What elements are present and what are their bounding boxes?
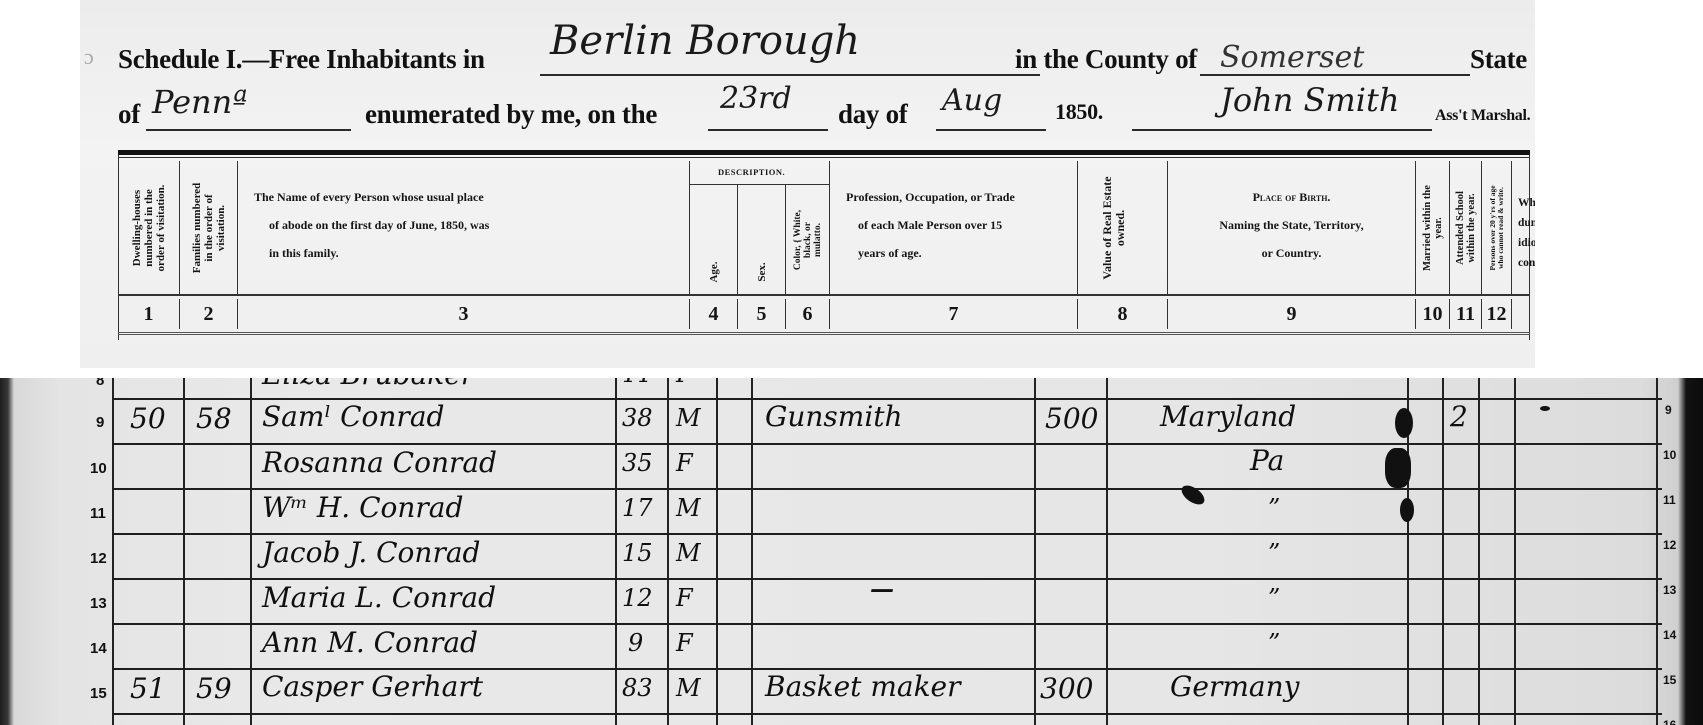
real-estate-value: 300	[1040, 672, 1093, 705]
person-name: Eliza Brubaker	[262, 378, 474, 391]
right-line-number: 9	[1665, 403, 1672, 417]
header-divider	[118, 294, 1530, 296]
right-line-number: 14	[1663, 628, 1676, 642]
census-header-scan: ɔ Schedule I.—Free Inhabitants in Berlin…	[80, 0, 1535, 368]
state-label: State	[1470, 44, 1527, 75]
person-sex: M	[676, 494, 701, 522]
header-col-10: Married within the year.	[1416, 161, 1450, 294]
grid-line	[183, 378, 185, 725]
real-estate-value: 500	[1045, 402, 1098, 435]
line-number: 10	[90, 460, 107, 477]
grid-line	[615, 378, 617, 725]
header-col-11: Attended School within the year.	[1450, 161, 1482, 294]
marshal-underline	[1132, 129, 1432, 131]
header-col-8: Value of Real Estate owned.	[1078, 161, 1168, 294]
grid-line	[1478, 378, 1480, 725]
line-number: 14	[90, 640, 107, 657]
day-handwritten: 23rd	[720, 81, 792, 116]
description-label: Description.	[718, 167, 785, 177]
header-col-6-text: Color, { White, black, or mulatto.	[793, 209, 823, 269]
person-name: Rosanna Conrad	[262, 446, 497, 479]
month-handwritten: Aug	[942, 83, 1002, 118]
grid-line	[1656, 378, 1658, 725]
person-sex: M	[676, 404, 701, 432]
person-sex: F	[676, 449, 693, 477]
col-num-3: 3	[238, 299, 690, 329]
header-line-2: of Pennª enumerated by me, on the 23rd d…	[80, 95, 1535, 145]
person-age: 17	[622, 494, 653, 522]
header-col-12: Persons over 20 y'rs of age who cannot r…	[1482, 161, 1512, 294]
place-handwritten: Berlin Borough	[550, 18, 860, 64]
ink-blot	[1385, 448, 1411, 488]
occupation: —	[870, 574, 894, 603]
header-col-2-text: Families numbered in the order of visita…	[191, 182, 227, 273]
state-handwritten: Pennª	[152, 83, 247, 121]
person-name: Jacob J. Conrad	[262, 536, 480, 569]
header-col-3: The Name of every Person whose usual pla…	[238, 161, 690, 294]
grid-line	[1034, 378, 1036, 725]
person-name: Casper Gerhart	[262, 670, 483, 703]
margin-mark: ɔ	[84, 44, 94, 70]
year-label: 1850.	[1055, 99, 1103, 125]
grid-line	[112, 378, 114, 725]
day-of-label: day of	[838, 99, 907, 130]
grid-line	[1106, 378, 1108, 725]
header-col-5-text: Sex.	[756, 263, 768, 282]
header-col-9: Place of Birth. Naming the State, Territ…	[1168, 161, 1416, 294]
person-name: Wᵐ H. Conrad	[262, 491, 463, 524]
right-line-number: 10	[1663, 448, 1676, 462]
ink-blot	[1540, 406, 1550, 411]
person-sex: F	[676, 629, 693, 657]
line-number: 9	[96, 414, 104, 431]
dwelling-number: 50	[130, 402, 166, 435]
person-birthplace: ”	[1268, 539, 1280, 567]
header-col-9-text: Place of Birth. Naming the State, Territ…	[1168, 183, 1415, 267]
person-age: 9	[628, 629, 643, 657]
col-num-5: 5	[738, 299, 786, 329]
header-col-5: Sex.	[738, 185, 786, 294]
person-sex: M	[676, 539, 701, 567]
of-label: of	[118, 99, 140, 130]
person-birthplace: Germany	[1170, 670, 1299, 703]
row-line	[112, 488, 1662, 490]
column-header-table: Dwelling-houses numbered in the order of…	[118, 150, 1530, 368]
person-birthplace: Pa	[1250, 444, 1284, 477]
person-sex: F	[676, 378, 693, 388]
header-col-11-text: Attended School within the year.	[1455, 191, 1477, 265]
person-sex: M	[676, 674, 701, 702]
county-label: in the County of	[1015, 44, 1197, 75]
dwelling-number: 51	[130, 672, 166, 705]
grid-line	[1442, 378, 1444, 725]
header-bottom-rule	[118, 332, 1530, 335]
attended-school: 2	[1450, 400, 1468, 433]
row-line	[112, 623, 1662, 625]
col-num-6: 6	[786, 299, 830, 329]
person-age: 38	[622, 404, 653, 432]
line-number: 11	[90, 505, 106, 522]
place-underline	[540, 74, 1040, 76]
ink-blot	[1395, 408, 1413, 438]
right-line-number: 13	[1663, 583, 1676, 597]
col-num-11: 11	[1450, 299, 1482, 329]
col-num-2: 2	[180, 299, 238, 329]
header-col-7-text: Profession, Occupation, or Trade of each…	[846, 183, 1015, 267]
header-col-3-text: The Name of every Person whose usual pla…	[254, 183, 489, 267]
grid-line	[1514, 378, 1516, 725]
family-number: 59	[196, 672, 232, 705]
ink-blot	[1400, 498, 1414, 522]
header-col-12-text: Persons over 20 y'rs of age who cannot r…	[1489, 185, 1505, 270]
ink-blot	[1178, 482, 1207, 508]
col-num-8: 8	[1078, 299, 1168, 329]
enumerated-label: enumerated by me, on the	[365, 99, 657, 130]
line-number: 13	[90, 595, 107, 612]
col-num-13: 13	[1512, 299, 1535, 329]
col-num-9: 9	[1168, 299, 1416, 329]
header-col-13-text: Whether deaf and dumb, blind, insane, id…	[1518, 193, 1535, 273]
person-age: 15	[622, 539, 653, 567]
right-line-number: 12	[1663, 538, 1676, 552]
col-num-1: 1	[118, 299, 180, 329]
occupation: Basket maker	[765, 670, 961, 703]
marshal-label: Ass't Marshal.	[1435, 107, 1530, 125]
right-line-number: 11	[1663, 493, 1676, 507]
line-number: 15	[90, 685, 107, 702]
person-name: Ann M. Conrad	[262, 626, 478, 659]
person-age: 35	[622, 449, 653, 477]
person-age: 44	[620, 378, 651, 388]
col-num-12: 12	[1482, 299, 1512, 329]
header-col-4: Age.	[690, 185, 738, 294]
day-underline	[708, 129, 828, 131]
line-number: 8	[96, 378, 104, 389]
grid-line	[250, 378, 252, 725]
marshal-handwritten: John Smith	[1220, 81, 1399, 119]
person-sex: F	[676, 584, 693, 612]
header-col-7: Profession, Occupation, or Trade of each…	[830, 161, 1078, 294]
col-num-4: 4	[690, 299, 738, 329]
census-ledger-scan: 8 9 10 11 12 13 14 15 9 10 11 12 13 14 1…	[0, 378, 1703, 725]
header-col-10-text: Married within the year.	[1422, 185, 1444, 271]
header-col-1-text: Dwelling-houses numbered in the order of…	[131, 184, 167, 271]
col-num-7: 7	[830, 299, 1078, 329]
row-line	[112, 713, 1662, 715]
right-line-number: 15	[1663, 673, 1676, 687]
header-col-6: Color, { White, black, or mulatto.	[786, 185, 830, 294]
row-line	[112, 533, 1662, 535]
col-num-10: 10	[1416, 299, 1450, 329]
header-col-4-text: Age.	[708, 262, 720, 283]
person-birthplace: ”	[1268, 494, 1280, 522]
person-birthplace: ”	[1268, 629, 1280, 657]
county-handwritten: Somerset	[1220, 40, 1364, 75]
header-col-13: Whether deaf and dumb, blind, insane, id…	[1512, 161, 1535, 294]
person-birthplace: ”	[1268, 584, 1280, 612]
month-underline	[936, 129, 1046, 131]
grid-line	[751, 378, 753, 725]
grid-line	[716, 378, 718, 725]
schedule-title: Schedule I.—Free Inhabitants in	[118, 44, 485, 75]
person-name: Samˡ Conrad	[262, 400, 444, 433]
top-rule	[118, 157, 1530, 158]
right-line-number: 16	[1663, 718, 1676, 725]
family-number: 58	[196, 402, 232, 435]
header-col-8-text: Value of Real Estate owned.	[1101, 176, 1127, 279]
line-number: 12	[90, 550, 107, 567]
row-line	[112, 443, 1662, 445]
occupation: Gunsmith	[765, 400, 903, 433]
state-underline	[146, 129, 351, 131]
grid-line	[667, 378, 669, 725]
person-name: Maria L. Conrad	[262, 581, 496, 614]
person-birthplace: ”	[1220, 378, 1232, 386]
description-group: Description.	[690, 161, 830, 185]
person-birthplace: Maryland	[1160, 400, 1296, 433]
header-col-1: Dwelling-houses numbered in the order of…	[118, 161, 180, 294]
header-col-2: Families numbered in the order of visita…	[180, 161, 238, 294]
person-age: 12	[622, 584, 653, 612]
person-age: 83	[622, 674, 653, 702]
